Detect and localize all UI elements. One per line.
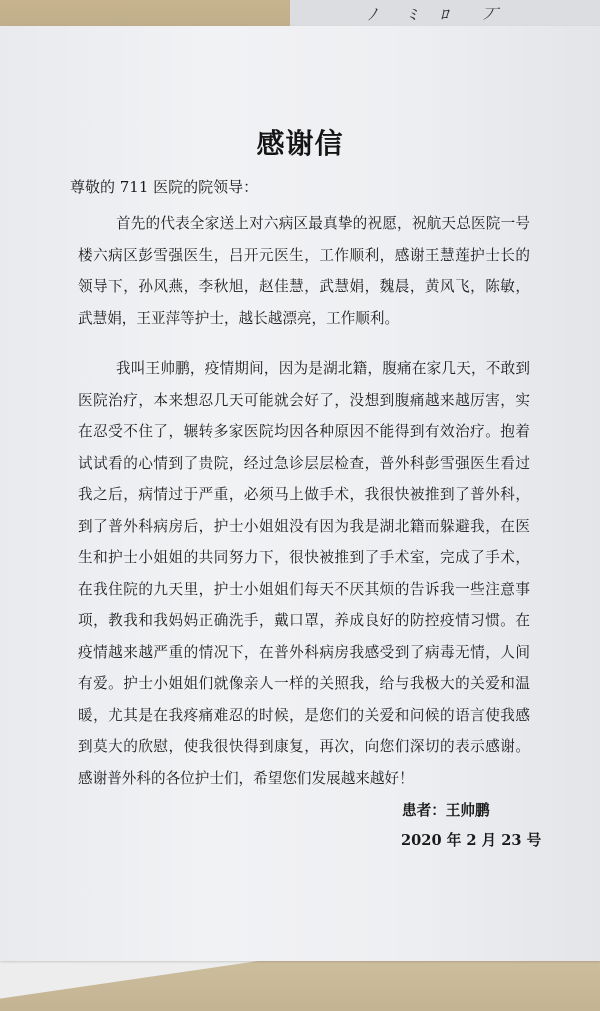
handwriting-fragment-1: ﾉ	[368, 2, 376, 25]
handwriting-fragment-3: ﾛ	[440, 2, 448, 25]
letter-title: 感谢信	[0, 122, 600, 162]
handwriting-fragment-2: ﾐ	[408, 2, 416, 25]
letter-signature: 患者：王帅鹏	[402, 799, 490, 820]
letter-date: 2020 年 2 月 23 号	[401, 829, 541, 850]
letter-salutation: 尊敬的 711 医院的院领导：	[70, 176, 258, 197]
handwriting-fragment-4: 丆	[482, 2, 498, 25]
wooden-table-surface-top	[0, 0, 290, 28]
letter-paragraph-1: 首先的代表全家送上对六病区最真挚的祝愿，祝航天总医院一号楼六病区彭雪强医生，吕开…	[78, 208, 530, 334]
letter-paragraph-2: 我叫王帅鹏，疫情期间，因为是湖北籍，腹痛在家几天，不敢到医院治疗，本来想忍几天可…	[78, 353, 530, 794]
thank-you-letter-page: 感谢信 尊敬的 711 医院的院领导： 首先的代表全家送上对六病区最真挚的祝愿，…	[0, 26, 600, 961]
